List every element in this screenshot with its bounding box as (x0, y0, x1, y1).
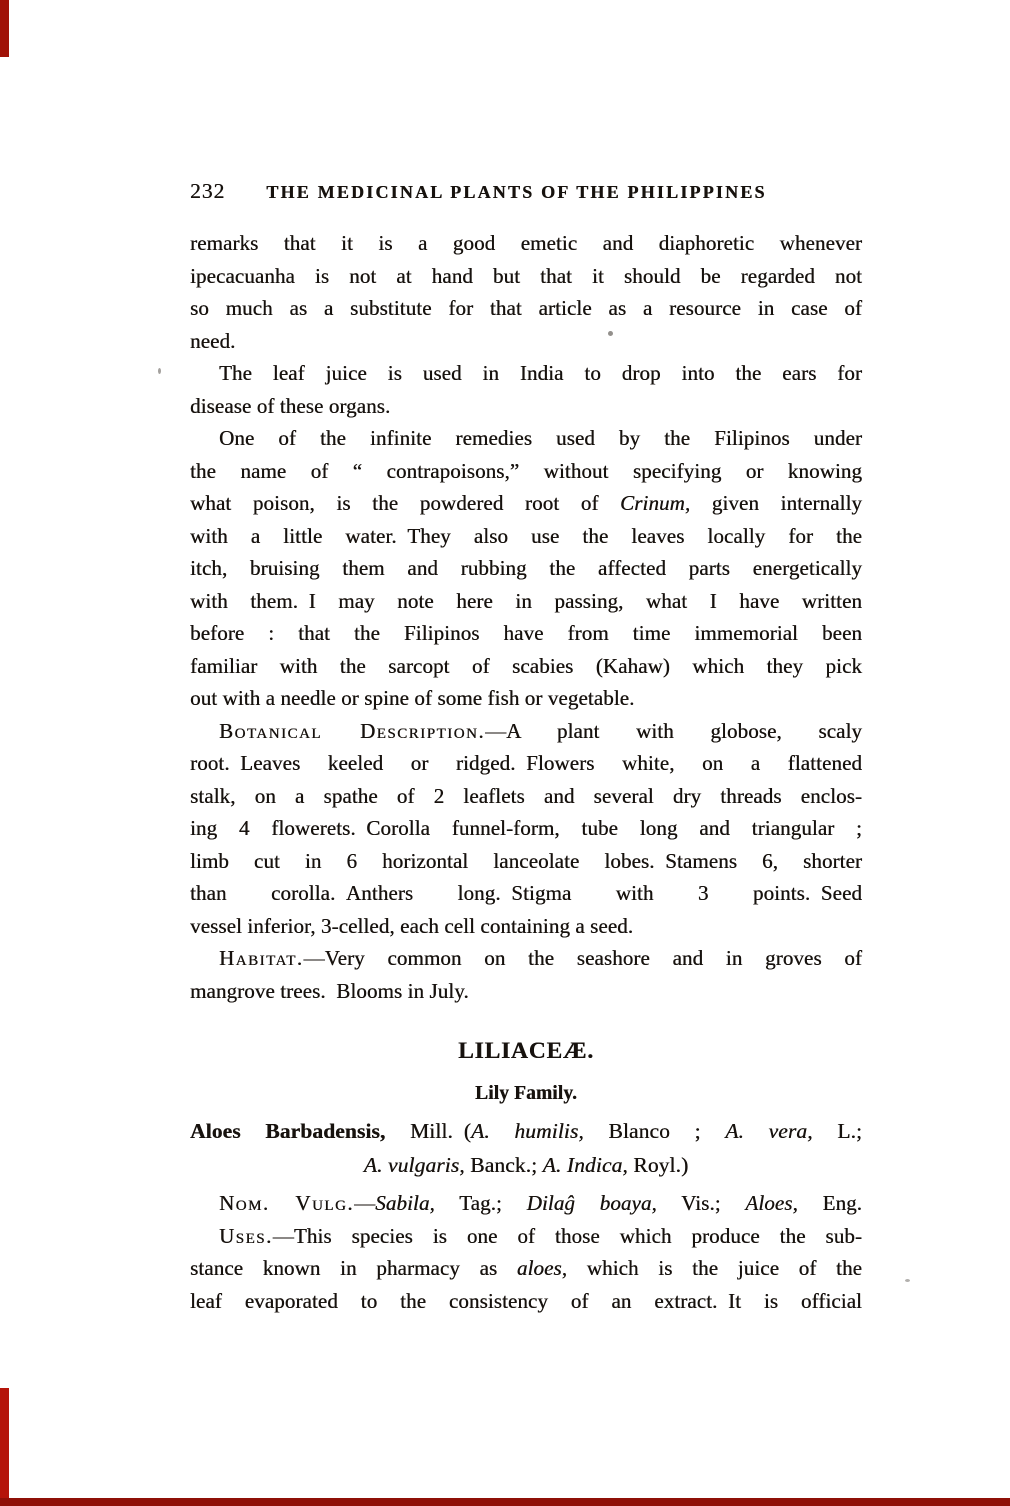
text-run: —A plant with globose, scaly (485, 719, 862, 743)
text-line: limb cut in 6 horizontal lanceolate lobe… (190, 845, 862, 878)
heading-liliaceae: LILIACEÆ. (190, 1036, 862, 1066)
running-title: THE MEDICINAL PLANTS OF THE PHILIPPINES (266, 182, 766, 202)
paragraph-botanical-description: Botanical Description.—A plant with glob… (190, 715, 862, 943)
text-line: stalk, on a spathe of 2 leaflets and sev… (190, 780, 862, 813)
text-run: The leaf juice is used in India to drop … (219, 361, 862, 385)
text-run: than corolla. Anthers long. Stigma with … (190, 881, 862, 905)
text-run: remarks that it is a good emetic and dia… (190, 231, 862, 255)
text-run: itch, bruising them and rubbing the affe… (190, 556, 862, 580)
text-line: with a little water. They also use the l… (190, 520, 862, 553)
text-run: Blanco ; (584, 1119, 725, 1143)
text-line: Habitat.—Very common on the seashore and… (190, 942, 862, 975)
text-run: Banck.; (465, 1153, 543, 1177)
text-line: The leaf juice is used in India to drop … (190, 357, 862, 390)
text-run: L.; (813, 1119, 862, 1143)
text-run: Sabila, (375, 1191, 435, 1215)
scan-edge-mark-bottom (0, 1498, 1010, 1506)
text-run: Vis.; (657, 1191, 746, 1215)
paragraph-continuation: remarks that it is a good emetic and dia… (190, 227, 862, 357)
text-run: root. Leaves keeled or ridged. Flowers w… (190, 751, 862, 775)
text-run: given internally (690, 491, 862, 515)
text-run: leaf evaporated to the consistency of an… (190, 1289, 862, 1313)
text-run: mangrove trees. Blooms in July. (190, 979, 469, 1003)
text-run: out with a needle or spine of some fish … (190, 686, 634, 710)
text-run: ipecacuanha is not at hand but that it s… (190, 264, 862, 288)
text-line: root. Leaves keeled or ridged. Flowers w… (190, 747, 862, 780)
text-line: remarks that it is a good emetic and dia… (190, 227, 862, 260)
scan-speck (158, 368, 161, 374)
scanned-book-page: 232THE MEDICINAL PLANTS OF THE PHILIPPIN… (0, 0, 1010, 1506)
text-line: One of the infinite remedies used by the… (190, 422, 862, 455)
text-run: Royl.) (628, 1153, 688, 1177)
text-run: before : that the Filipinos have from ti… (190, 621, 862, 645)
text-line: so much as a substitute for that article… (190, 292, 862, 325)
text-run: Lily Family. (475, 1083, 577, 1104)
text-line: Aloes Barbadensis, Mill. (A. humilis, Bl… (190, 1115, 862, 1149)
text-run: — (354, 1191, 375, 1215)
page-number: 232 (190, 179, 225, 203)
text-line: stance known in pharmacy as aloes, which… (190, 1252, 862, 1285)
species-heading: Aloes Barbadensis, Mill. (A. humilis, Bl… (190, 1115, 862, 1182)
text-run: with them. I may note here in passing, w… (190, 589, 862, 613)
text-line: leaf evaporated to the consistency of an… (190, 1285, 862, 1318)
paragraph-habitat: Habitat.—Very common on the seashore and… (190, 942, 862, 1007)
text-run: Crinum, (620, 491, 690, 515)
scan-edge-mark-left-bottom (0, 1388, 9, 1506)
scan-speck (608, 331, 613, 336)
text-run: with a little water. They also use the l… (190, 524, 862, 548)
heading-lily-family: Lily Family. (190, 1081, 862, 1107)
text-run: A. humilis, (471, 1119, 584, 1143)
text-line: disease of these organs. (190, 390, 862, 423)
text-line: ipecacuanha is not at hand but that it s… (190, 260, 862, 293)
text-line: Nom. Vulg.—Sabila, Tag.; Dilaĝ boaya, Vi… (190, 1187, 862, 1220)
text-run: Aloes Barbadensis, (190, 1119, 385, 1143)
text-run: aloes, (517, 1256, 567, 1280)
text-run: what poison, is the powdered root of (190, 491, 620, 515)
text-run: Botanical Description. (219, 719, 485, 743)
text-run: ing 4 flowerets. Corolla funnel-form, tu… (190, 816, 862, 840)
text-run: Nom. Vulg. (219, 1191, 354, 1215)
text-line: Uses.—This species is one of those which… (190, 1220, 862, 1253)
text-run: Eng. (798, 1191, 862, 1215)
text-run: Aloes, (745, 1191, 798, 1215)
text-run: Dilaĝ boaya, (527, 1191, 657, 1215)
scan-speck (905, 1279, 910, 1282)
text-run: A. vulgaris, (364, 1153, 465, 1177)
text-run: the name of “ contrapoisons,” without sp… (190, 459, 862, 483)
text-line: vessel inferior, 3-celled, each cell con… (190, 910, 862, 943)
text-line: Lily Family. (190, 1081, 862, 1107)
text-line: mangrove trees. Blooms in July. (190, 975, 862, 1008)
text-run: A. vera, (725, 1119, 812, 1143)
text-line: need. (190, 325, 862, 358)
paragraph-leaf-juice: The leaf juice is used in India to drop … (190, 357, 862, 422)
text-run: vessel inferior, 3-celled, each cell con… (190, 914, 633, 938)
text-line: than corolla. Anthers long. Stigma with … (190, 877, 862, 910)
paragraph-contrapoisons: One of the infinite remedies used by the… (190, 422, 862, 715)
text-run: A. Indica, (543, 1153, 628, 1177)
text-run: Habitat. (219, 946, 304, 970)
text-run: which is the juice of the (567, 1256, 862, 1280)
text-run: stance known in pharmacy as (190, 1256, 517, 1280)
text-run: so much as a substitute for that article… (190, 296, 862, 320)
text-run: Mill. ( (385, 1119, 471, 1143)
text-run: need. (190, 329, 235, 353)
text-run: —This species is one of those which prod… (273, 1224, 862, 1248)
text-line: the name of “ contrapoisons,” without sp… (190, 455, 862, 488)
text-line: ing 4 flowerets. Corolla funnel-form, tu… (190, 812, 862, 845)
text-line: what poison, is the powdered root of Cri… (190, 487, 862, 520)
text-run: LILIACEÆ. (458, 1038, 594, 1064)
text-line: out with a needle or spine of some fish … (190, 682, 862, 715)
text-line: itch, bruising them and rubbing the affe… (190, 552, 862, 585)
text-run: familiar with the sarcopt of scabies (Ka… (190, 654, 862, 678)
text-line: familiar with the sarcopt of scabies (Ka… (190, 650, 862, 683)
text-run: Tag.; (435, 1191, 527, 1215)
text-run: stalk, on a spathe of 2 leaflets and sev… (190, 784, 862, 808)
text-line: with them. I may note here in passing, w… (190, 585, 862, 618)
paragraph-nom-vulg: Nom. Vulg.—Sabila, Tag.; Dilaĝ boaya, Vi… (190, 1187, 862, 1220)
text-run: One of the infinite remedies used by the… (219, 426, 862, 450)
text-run: Uses. (219, 1224, 273, 1248)
page-header: 232THE MEDICINAL PLANTS OF THE PHILIPPIN… (190, 179, 866, 204)
text-column: remarks that it is a good emetic and dia… (190, 227, 862, 1317)
text-run: —Very common on the seashore and in grov… (304, 946, 862, 970)
text-run: disease of these organs. (190, 394, 390, 418)
paragraph-uses: Uses.—This species is one of those which… (190, 1220, 862, 1318)
text-line: Botanical Description.—A plant with glob… (190, 715, 862, 748)
text-run: limb cut in 6 horizontal lanceolate lobe… (190, 849, 862, 873)
text-line: LILIACEÆ. (190, 1036, 862, 1066)
scan-edge-mark-left-top (0, 0, 9, 57)
text-line: A. vulgaris, Banck.; A. Indica, Royl.) (190, 1149, 862, 1183)
text-line: before : that the Filipinos have from ti… (190, 617, 862, 650)
